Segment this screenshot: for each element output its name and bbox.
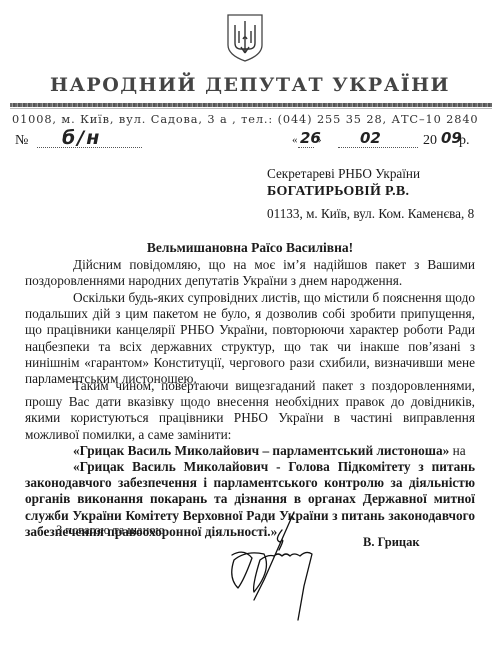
paragraph-text: Оскільки будь-яких супровідних листів, щ… bbox=[25, 290, 475, 387]
date-year-prefix: 20 bbox=[423, 133, 437, 149]
letterhead-address: 01008, м. Київ, вул. Садова, 3 а , тел.:… bbox=[12, 113, 492, 126]
signer-name: В. Грицак bbox=[363, 535, 420, 550]
recipient-position: Секретареві РНБО України bbox=[267, 165, 474, 183]
recipient-block: Секретареві РНБО України БОГАТИРЬОВІЙ Р.… bbox=[267, 165, 474, 223]
date-month: 02 bbox=[360, 129, 381, 147]
date-day-line bbox=[298, 147, 314, 148]
letterhead-divider-thin bbox=[10, 108, 492, 109]
trident-emblem-icon bbox=[226, 13, 264, 63]
old-title-line: «Грицак Василь Миколайович – парламентсь… bbox=[25, 443, 475, 459]
closing-phrase: З повагою та шаною bbox=[56, 523, 165, 538]
reference-number-label: № bbox=[15, 133, 28, 149]
recipient-name: БОГАТИРЬОВІЙ Р.В. bbox=[267, 183, 474, 201]
date-close-quote: » bbox=[316, 134, 322, 146]
letterhead-divider bbox=[10, 103, 492, 107]
old-title-quote: «Грицак Василь Миколайович – парламентсь… bbox=[73, 443, 449, 458]
signature-icon bbox=[224, 510, 334, 625]
reference-number-value: б/н bbox=[62, 127, 101, 149]
recipient-address: 01133, м. Київ, вул. Ком. Каменєва, 8 bbox=[267, 205, 474, 223]
body-paragraph-1: Дійсним повідомляю, що на моє ім’я надій… bbox=[25, 257, 475, 289]
date-open-quote: « bbox=[292, 134, 298, 146]
paragraph-text: Таким чином, повертаючи вищезгаданий пак… bbox=[25, 378, 475, 443]
salutation: Вельмишановна Раїсо Василівна! bbox=[0, 240, 500, 256]
date-month-line bbox=[338, 147, 418, 148]
paragraph-text: Дійсним повідомляю, що на моє ім’я надій… bbox=[25, 257, 475, 289]
date-year-unit: р. bbox=[459, 133, 470, 149]
old-title-suffix: на bbox=[449, 443, 465, 458]
letterhead-title: НАРОДНИЙ ДЕПУТАТ УКРАЇНИ bbox=[0, 74, 500, 96]
body-paragraph-2: Оскільки будь-яких супровідних листів, щ… bbox=[25, 290, 475, 387]
